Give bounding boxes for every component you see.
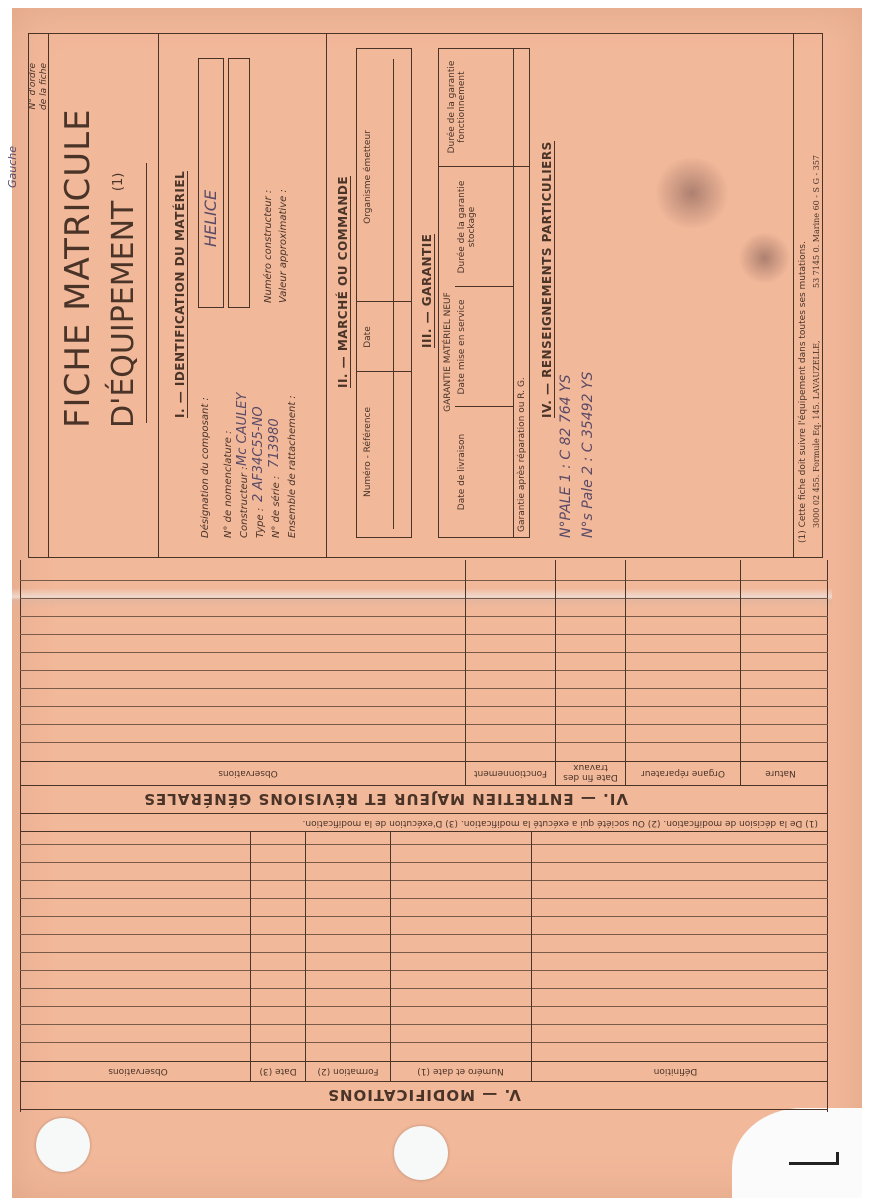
col-divider (455, 286, 513, 287)
serie-label: N° de série : (271, 476, 282, 538)
col-organisme: Organisme émetteur (363, 57, 373, 297)
col-divider (455, 406, 513, 407)
divider (20, 1109, 828, 1110)
order-label-line1: N° d'ordre (28, 63, 39, 153)
maintenance-rows (20, 565, 828, 760)
section5-heading: V. — MODIFICATIONS (20, 1086, 828, 1104)
col-divider (390, 832, 391, 1082)
col-observations: Observations (28, 1066, 248, 1076)
section6-heading: VI. — ENTRETIEN MAJEUR ET RÉVISIONS GÉNÉ… (20, 790, 828, 808)
section3-heading: III. — GARANTIE (420, 234, 435, 348)
col-divider (625, 560, 626, 786)
designation-value: HELICE (201, 190, 220, 247)
guarantee-subheading: GARANTIE MATÉRIEL NEUF (443, 167, 453, 537)
col-date-fin-travaux: Date fin des travaux (558, 762, 623, 782)
order-number-label: N° d'ordre de la fiche (28, 63, 50, 153)
secondary-box (228, 58, 250, 308)
divider (20, 761, 828, 762)
col-divider (740, 560, 741, 786)
col-observations-vi: Observations (33, 768, 463, 778)
col-divider (357, 301, 411, 302)
form-title-line2: D'ÉQUIPEMENT (1) (106, 173, 141, 428)
divider (20, 785, 828, 786)
constructeur-label: Constructeur : (239, 466, 250, 538)
col-definition: Définition (533, 1066, 818, 1076)
valeur-label: Valeur approximative : (278, 189, 289, 303)
designation-label: Désignation du composant : (200, 397, 211, 538)
blade2-serial: N°s Pale 2 : C 35492 YS (580, 372, 596, 538)
print-reference-2: 53 7145 0. Marine 60 - S G - 357 (812, 155, 821, 288)
divider (20, 831, 828, 832)
designation-box: HELICE (198, 58, 224, 308)
blade1-serial: N°PALE 1 : C 82 764 YS (558, 374, 574, 538)
col-divider (465, 560, 466, 786)
divider (20, 1081, 828, 1082)
col-duree-stockage: Durée de la garantie stockage (457, 172, 477, 282)
handwritten-margin-note: Gauche (6, 146, 19, 188)
col-numero-reference: Numéro - Référence (363, 377, 373, 527)
torn-corner (732, 1108, 862, 1198)
type-value: 2 AF34C55-NO (251, 406, 266, 502)
modifications-rows (20, 834, 828, 1060)
punch-hole-right (394, 1126, 448, 1180)
divider (20, 813, 828, 814)
col-date: Date (363, 307, 373, 367)
serie-value: 713980 (267, 418, 282, 468)
corner-mark (789, 1162, 839, 1165)
col-duree-fonctionnement: Durée de la garantie fonctionnement (447, 52, 467, 162)
divider (158, 33, 159, 558)
title-footnote-marker: (1) (111, 173, 126, 191)
divider (793, 33, 794, 558)
lower-form-section: V. — MODIFICATIONS Définition Numéro et … (20, 560, 828, 1112)
title-underline (146, 163, 147, 423)
row-divider (513, 49, 514, 537)
col-divider (439, 166, 529, 167)
entry-line (393, 59, 394, 529)
divider (20, 1061, 828, 1062)
col-date-livraison: Date de livraison (457, 412, 467, 532)
section2-heading: II. — MARCHÉ OU COMMANDE (336, 176, 351, 388)
col-formation: Formation (2) (308, 1066, 388, 1076)
section4-heading: IV. — RENSEIGNEMENTS PARTICULIERS (540, 141, 555, 418)
col-divider (250, 832, 251, 1082)
divider (326, 33, 327, 558)
col-date-mise-en-service: Date mise en service (457, 292, 467, 402)
order-table: Numéro - Référence Date Organisme émette… (356, 48, 412, 538)
footnote: (1) Cette fiche doit suivre l'équipement… (798, 241, 808, 543)
section1-heading: I. — IDENTIFICATION DU MATÉRIEL (173, 171, 188, 418)
col-date3: Date (3) (253, 1066, 303, 1076)
col-divider (305, 832, 306, 1082)
upper-form-section: Gauche N° d'ordre de la fiche FICHE MATR… (28, 13, 823, 558)
col-organe-reparateur: Organe réparateur (628, 768, 738, 778)
col-numero-date: Numéro et date (1) (393, 1066, 528, 1076)
col-nature: Nature (743, 768, 818, 778)
constructeur-value: Mc CAULEY (235, 393, 250, 466)
col-fonctionnement: Fonctionnement (468, 768, 553, 778)
nomenclature-label: N° de nomenclature : (223, 431, 234, 539)
col-divider (531, 832, 532, 1082)
section5-footnote: (1) De la décision de modification. (2) … (28, 818, 818, 828)
col-divider (357, 371, 411, 372)
rattachement-label: Ensemble de rattachement : (287, 395, 298, 538)
divider (48, 33, 49, 558)
form-title-line1: FICHE MATRICULE (58, 108, 98, 428)
guarantee-table: GARANTIE MATÉRIEL NEUF Date de livraison… (438, 48, 530, 538)
punch-hole-left (36, 1118, 90, 1172)
title-text: D'ÉQUIPEMENT (106, 201, 141, 428)
print-reference: 3000 02 455. Formule Eq. 145. LAVAUZELLE… (812, 340, 821, 528)
type-label: Type : (255, 508, 266, 538)
numero-constructeur-label: Numéro constructeur : (263, 190, 274, 303)
col-divider (555, 560, 556, 786)
repair-guarantee-label: Garantie après réparation ou R. G. (517, 332, 527, 532)
